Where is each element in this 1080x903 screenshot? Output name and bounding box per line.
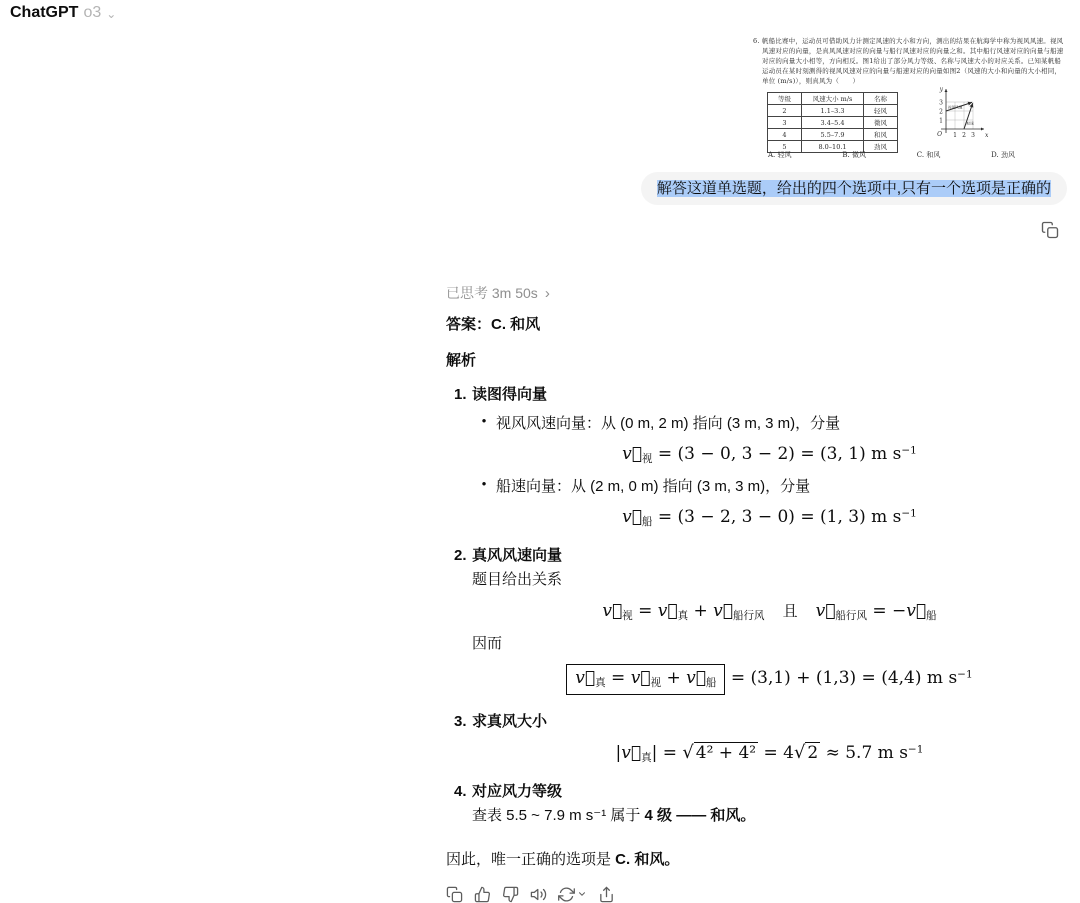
x-tick: 2 <box>962 132 966 139</box>
col-header: 名称 <box>864 93 898 105</box>
step-number: 3. <box>446 711 472 775</box>
bullet-marker: • <box>472 476 496 498</box>
problem-line: 单位 (m/s)），则真风为（ ） <box>753 76 1067 86</box>
y-axis-label: y <box>939 86 944 93</box>
vector-graph: 3 2 1 1 2 3 O y x 视风风速 船速 <box>930 83 1016 147</box>
formula-boat-speed: v⃗船 = (3 − 2, 3 − 0) = (1, 3) m s−1 <box>472 507 1067 529</box>
step-number: 2. <box>446 545 472 704</box>
bullet-marker: • <box>472 413 496 435</box>
col-header: 等级 <box>768 93 802 105</box>
y-tick: 2 <box>939 109 943 116</box>
table-row: 等级 风速大小 m/s 名称 <box>768 93 898 105</box>
step-title: 求真风大小 <box>472 711 1067 733</box>
step-2: 2. 真风风速向量 题目给出关系 v⃗视 = v⃗真 + v⃗船行风且v⃗船行风… <box>446 545 1067 704</box>
given-relation-text: 题目给出关系 <box>472 569 1067 591</box>
solution-steps: 1. 读图得向量 • 视风风速向量：从 (0 m, 2 m) 指向 (3 m, … <box>446 384 1067 833</box>
step-number: 1. <box>446 384 472 539</box>
model-selector[interactable]: o3 <box>83 3 101 23</box>
bullet-text: 船速向量：从 (2 m, 0 m) 指向 (3 m, 3 m)，分量 <box>496 476 1067 498</box>
problem-text: 6. 帆船比赛中，运动员可借助风力计测定风速的大小和方向，测出的结果在航海学中称… <box>753 36 1067 86</box>
option-b: B. 微风 <box>842 150 866 160</box>
boxed-formula: v⃗真 = v⃗视 + v⃗船 <box>566 664 725 694</box>
thinking-label: 已思考 3m 50s <box>446 283 538 303</box>
boat-speed-label: 船速 <box>967 121 975 126</box>
step-number: 4. <box>446 781 472 827</box>
problem-line: 风速对应的向量，是真风风速对应的向量与船行风速对应的向量之和。其中船行风速对应的… <box>753 46 1067 56</box>
bullet-boat-speed: • 船速向量：从 (2 m, 0 m) 指向 (3 m, 3 m)，分量 <box>472 476 1067 498</box>
problem-line: 对应的向量大小相等，方向相反。图1给出了部分风力等级、名称与风速大小的对应关系。… <box>753 56 1067 66</box>
step-title: 读图得向量 <box>472 384 1067 406</box>
formula-relation: v⃗视 = v⃗真 + v⃗船行风且v⃗船行风 = −v⃗船 <box>472 600 1067 623</box>
table-lookup-text: 查表 5.5 ~ 7.9 m s⁻¹ 属于 4 级 —— 和风。 <box>472 805 1067 827</box>
y-tick: 3 <box>939 100 943 107</box>
option-a: A. 轻风 <box>768 150 792 160</box>
therefore-text: 因而 <box>472 633 1067 655</box>
app-title: ChatGPT <box>10 3 78 23</box>
option-d: D. 劲风 <box>991 150 1015 160</box>
problem-line: 运动员在某时刻测得的视风风速对应的向量与船速对应的向量如图2（风速的大小和向量的… <box>753 66 1067 76</box>
copy-user-message-button[interactable] <box>1041 221 1059 239</box>
apparent-wind-label: 视风风速 <box>948 105 963 110</box>
problem-line: 6. 帆船比赛中，运动员可借助风力计测定风速的大小和方向，测出的结果在航海学中称… <box>753 36 1067 46</box>
formula-magnitude: |v⃗真| = √4² + 4² = 4√2 ≈ 5.7 m s−1 <box>472 742 1067 765</box>
user-message-bubble: 解答这道单选题，给出的四个选项中,只有一个选项是正确的 <box>641 172 1067 205</box>
formula-true-wind: v⃗真 = v⃗视 + v⃗船 = (3,1) + (1,3) = (4,4) … <box>472 664 1067 694</box>
step-3: 3. 求真风大小 |v⃗真| = √4² + 4² = 4√2 ≈ 5.7 m … <box>446 711 1067 775</box>
x-axis-label: x <box>985 132 989 139</box>
thinking-duration[interactable]: 已思考 3m 50s › <box>446 283 1067 303</box>
table-row: 3 3.4–5.4 微风 <box>768 117 898 129</box>
origin-label: O <box>937 131 942 138</box>
bullet-text: 视风风速向量：从 (0 m, 2 m) 指向 (3 m, 3 m)，分量 <box>496 413 1067 435</box>
formula-apparent-wind: v⃗视 = (3 − 0, 3 − 2) = (3, 1) m s−1 <box>472 444 1067 466</box>
step-title: 真风风速向量 <box>472 545 1067 567</box>
answer-line: 答案：C. 和风 <box>446 313 1067 334</box>
step-title: 对应风力等级 <box>472 781 1067 803</box>
step-4: 4. 对应风力等级 查表 5.5 ~ 7.9 m s⁻¹ 属于 4 级 —— 和… <box>446 781 1067 827</box>
conversation-column: 6. 帆船比赛中，运动员可借助风力计测定风速的大小和方向，测出的结果在航海学中称… <box>446 0 1067 850</box>
bullet-apparent-wind: • 视风风速向量：从 (0 m, 2 m) 指向 (3 m, 3 m)，分量 <box>472 413 1067 435</box>
chevron-right-icon: › <box>545 285 550 302</box>
y-tick: 1 <box>939 118 943 125</box>
step-1: 1. 读图得向量 • 视风风速向量：从 (0 m, 2 m) 指向 (3 m, … <box>446 384 1067 539</box>
option-c: C. 和风 <box>917 150 941 160</box>
table-row: 4 5.5–7.9 和风 <box>768 129 898 141</box>
col-header: 风速大小 m/s <box>802 93 864 105</box>
copy-icon <box>1041 221 1059 239</box>
wind-scale-table: 等级 风速大小 m/s 名称 2 1.1–3.3 轻风 3 3.4–5.4 微风… <box>767 92 898 153</box>
problem-figures: 等级 风速大小 m/s 名称 2 1.1–3.3 轻风 3 3.4–5.4 微风… <box>753 89 1067 147</box>
x-tick: 1 <box>953 132 957 139</box>
x-tick: 3 <box>971 132 975 139</box>
table-row: 2 1.1–3.3 轻风 <box>768 105 898 117</box>
app-header: ChatGPT o3 ⌄ <box>10 2 116 24</box>
attached-problem-image[interactable]: 6. 帆船比赛中，运动员可借助风力计测定风速的大小和方向，测出的结果在航海学中称… <box>753 36 1067 160</box>
analysis-heading: 解析 <box>446 349 1067 370</box>
chevron-down-icon[interactable]: ⌄ <box>106 4 116 24</box>
user-message-text: 解答这道单选题，给出的四个选项中,只有一个选项是正确的 <box>657 180 1051 197</box>
